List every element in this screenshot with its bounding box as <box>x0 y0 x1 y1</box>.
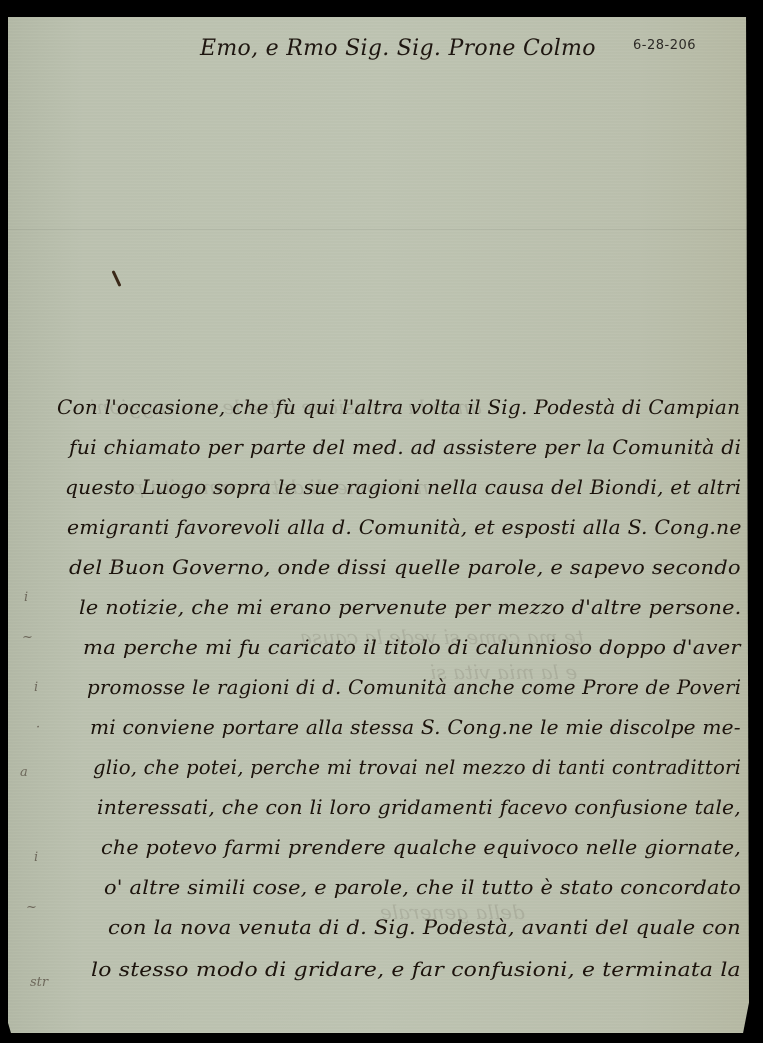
margin-mark: a <box>20 765 28 780</box>
margin-mark: ~ <box>22 630 33 645</box>
text-line: Con l'occasione, che fù qui l'altra volt… <box>57 395 740 419</box>
paper-fold-line <box>8 229 749 230</box>
letter-salutation: Emo, e Rmo Sig. Sig. Prone Colmo <box>200 36 596 61</box>
left-margin-marks: i ~ i · a i ~ str <box>14 570 64 1000</box>
text-line: le notizie, che mi erano pervenute per m… <box>79 595 741 619</box>
margin-mark: · <box>36 720 40 735</box>
text-line: mi conviene portare alla stessa S. Cong.… <box>90 715 741 739</box>
archive-reference-number: 6-28-206 <box>633 38 696 53</box>
text-line: del Buon Governo, onde dissi quelle paro… <box>69 555 741 579</box>
margin-mark: i <box>34 850 38 865</box>
text-line: con la nova venuta di d. Sig. Podestà, a… <box>108 915 741 939</box>
margin-mark: ~ <box>26 900 37 915</box>
margin-mark: i <box>24 590 28 605</box>
text-line: o' altre simili cose, e parole, che il t… <box>104 875 741 899</box>
text-line: promosse le ragioni di d. Comunità anche… <box>87 675 741 699</box>
text-line: ma perche mi fu caricato il titolo di ca… <box>83 635 741 659</box>
margin-mark: str <box>30 975 48 990</box>
text-line: emigranti favorevoli alla d. Comunità, e… <box>67 515 742 539</box>
margin-mark: i <box>34 680 38 695</box>
text-line: glio, che potei, perche mi trovai nel me… <box>93 755 741 779</box>
text-line: questo Luogo sopra le sue ragioni nella … <box>65 475 741 499</box>
text-line: che potevo farmi prendere qualche equivo… <box>101 835 741 859</box>
text-line: fui chiamato per parte del med. ad assis… <box>69 435 741 459</box>
text-line: lo stesso modo di gridare, e far confusi… <box>91 957 741 981</box>
text-line: interessati, che con li loro gridamenti … <box>97 795 741 819</box>
